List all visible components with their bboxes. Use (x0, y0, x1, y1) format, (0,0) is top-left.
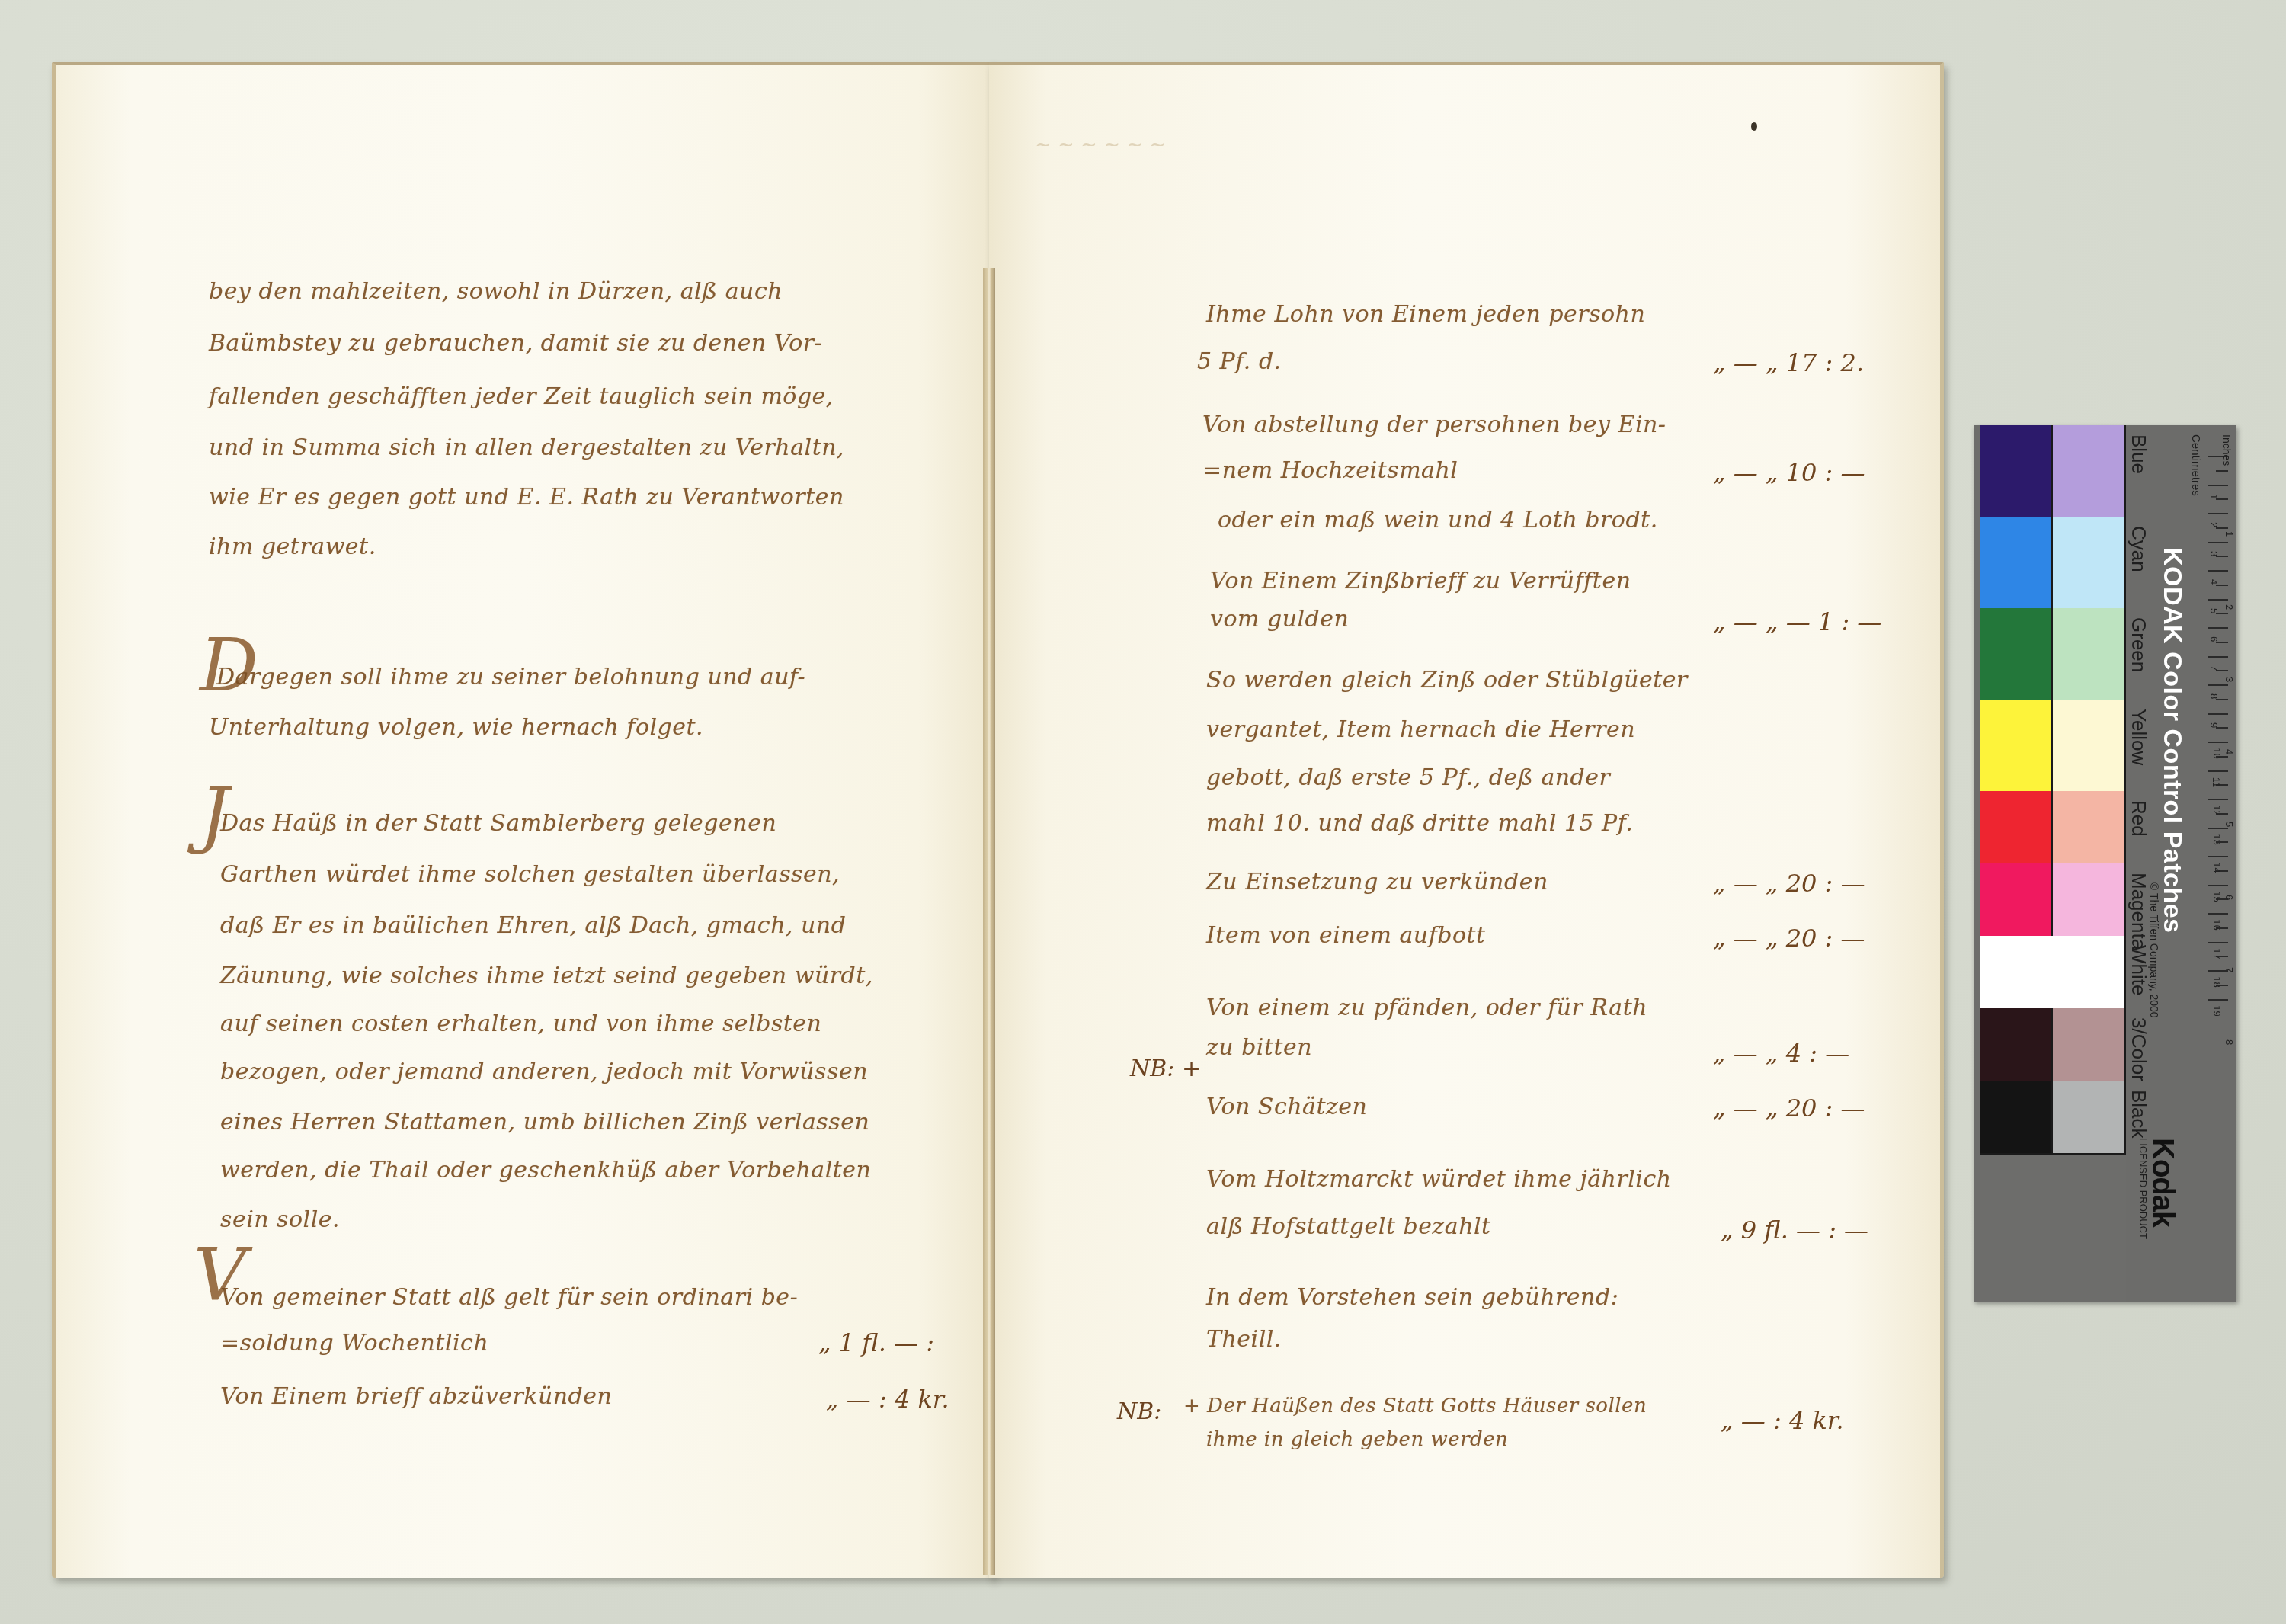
text-line: Von gemeiner Statt alß gelt für sein ord… (220, 1284, 798, 1311)
text-line: auf seinen costen erhalten, und von ihme… (220, 1011, 821, 1037)
right-ledger-entry: + Der Haüßen des Statt Gotts Häuser soll… (1183, 1395, 1808, 1478)
patch-swatch-light (2053, 700, 2126, 791)
cm-tick-label: 6 (2208, 636, 2220, 642)
text-line: Baümbstey zu gebrauchen, damit sie zu de… (209, 330, 822, 357)
color-patch-cyan (1980, 517, 2126, 610)
centimetres-label: Centimetres (2189, 434, 2202, 496)
cm-tick-label: 8 (2208, 693, 2220, 699)
text-line: Zu Einsetzung zu verkünden (1206, 869, 1548, 895)
text-line: Von Einem Zinßbrieff zu Verrüfften (1210, 568, 1631, 594)
color-patch-black (1980, 1081, 2126, 1155)
ledger-amount: „ — : 4 kr. (826, 1385, 949, 1414)
patch-label: Blue (2127, 434, 2150, 474)
patch-swatch-dark (1980, 517, 2053, 608)
patch-swatch-dark (1980, 791, 2053, 863)
cm-tick-label: 13 (2211, 834, 2223, 844)
text-line: Von Einem brieff abzüverkünden (220, 1383, 612, 1410)
inch-tick-label: 8 (2224, 1039, 2235, 1045)
kodak-color-control-strip: 1234567891011121314151617181912345678 In… (1974, 425, 2236, 1302)
ledger-amount: „ 9 fl. — : — (1721, 1216, 1868, 1244)
text-line: Unterhaltung volgen, wie hernach folget. (209, 714, 703, 741)
cm-tick-label: 4 (2208, 579, 2220, 585)
patch-label: Yellow (2127, 709, 2150, 765)
text-line: sein solle. (220, 1206, 340, 1233)
ledger-amount: „ — „ 20 : — (1713, 924, 1865, 953)
ruler-strip: 1234567891011121314151617181912345678 In… (2126, 425, 2236, 1302)
patch-swatch-dark (1980, 863, 2053, 936)
text-line: Theill. (1206, 1326, 1282, 1353)
text-line: Garthen würdet ihme solchen gestalten üb… (220, 861, 840, 888)
text-line: Zäunung, wie solches ihme ietzt seind ge… (220, 963, 873, 989)
ruler-tick (2208, 999, 2228, 1001)
left-paragraph-behausung: Das Haüß in der Statt Samblerberg gelege… (220, 810, 982, 1237)
text-line: Vom Holtzmarckt würdet ihme jährlich (1206, 1166, 1672, 1193)
right-ledger-entry: oder ein maß wein und 4 Loth brodt. (1218, 507, 1827, 553)
ruler-tick (2208, 513, 2228, 514)
text-line: Von abstellung der persohnen bey Ein- (1202, 412, 1666, 438)
text-line: Das Haüß in der Statt Samblerberg gelege… (220, 810, 776, 837)
ruler-tick (2208, 656, 2228, 658)
left-paragraph-dargegen: Dargegen soll ihme zu seiner belohnung u… (216, 664, 978, 770)
patch-swatch-dark (1980, 700, 2053, 791)
ruler-tick (2208, 599, 2228, 601)
ruler-tick (2208, 828, 2228, 829)
cm-tick-label: 18 (2211, 976, 2223, 987)
cm-tick-label: 14 (2211, 862, 2223, 873)
right-page: ~ ~ ~ ~ ~ ~ Ihme Lohn von Einem jeden pe… (989, 62, 1944, 1578)
patch-label: Red (2127, 800, 2150, 837)
ledger-amount: „ — „ — 1 : — (1713, 607, 1881, 636)
text-line: eines Herren Stattamen, umb billichen Zi… (220, 1109, 869, 1136)
text-line: Von einem zu pfänden, oder für Rath (1206, 995, 1647, 1021)
text-line: ihme in gleich geben werden (1206, 1428, 1508, 1451)
patch-swatch-light (2053, 517, 2126, 608)
ruler-tick (2208, 742, 2228, 743)
inch-tick-label: 5 (2224, 822, 2235, 827)
color-patch-blue (1980, 425, 2126, 518)
kodak-logo: Kodak (2145, 1138, 2179, 1227)
ruler-tick (2216, 470, 2228, 472)
ledger-amount: „ — „ 17 : 2. (1713, 348, 1864, 377)
patch-swatch-dark (1980, 1081, 2053, 1153)
ruler-tick (2208, 713, 2228, 715)
ruler-tick (2208, 542, 2228, 543)
color-patch-magenta (1980, 863, 2126, 937)
patch-label: Black (2127, 1090, 2150, 1139)
cm-tick-label: 19 (2211, 1005, 2223, 1016)
cm-tick-label: 5 (2208, 607, 2220, 613)
patch-swatch-dark (1980, 608, 2053, 700)
text-line: mahl 10. und daß dritte mahl 15 Pf. (1206, 810, 1633, 837)
patch-swatch-dark (1980, 1008, 2053, 1081)
ruler-tick (2208, 913, 2228, 915)
cm-tick-label: 3 (2208, 550, 2220, 556)
text-line: werden, die Thail oder geschenkhüß aber … (220, 1157, 871, 1184)
text-line: zu bitten (1206, 1034, 1312, 1061)
patch-swatch-light (2053, 425, 2126, 517)
patch-swatch-light (2053, 1008, 2126, 1081)
ledger-amount: „ — „ 20 : — (1713, 1094, 1865, 1123)
ink-bleed-through: ~ ~ ~ ~ ~ ~ (1035, 133, 1166, 156)
patch-swatch (1980, 936, 2126, 1008)
ruler-tick (2208, 799, 2228, 800)
cm-tick-label: 1 (2208, 493, 2220, 498)
color-patch-green (1980, 608, 2126, 701)
patch-swatch-light (2053, 863, 2126, 936)
ruler-tick (2208, 885, 2228, 886)
text-line: So werden gleich Zinß oder Stüblgüeter (1206, 667, 1688, 693)
text-line: + Der Haüßen des Statt Gotts Häuser soll… (1183, 1395, 1647, 1417)
patch-swatch-light (2053, 1081, 2126, 1153)
color-patch-white (1980, 936, 2126, 1010)
margin-note-nb: NB: (1117, 1398, 1161, 1425)
paper-speck (1751, 122, 1757, 131)
text-line: Ihme Lohn von Einem jeden persohn (1206, 301, 1645, 328)
ledger-amount: „ — „ 10 : — (1713, 458, 1865, 487)
inch-tick-label: 2 (2224, 604, 2235, 609)
ruler-tick (2208, 684, 2228, 686)
ruler-tick (2208, 856, 2228, 857)
book-spine-fold (983, 268, 995, 1575)
text-line: daß Er es in baülichen Ehren, alß Dach, … (220, 912, 846, 939)
text-line: In dem Vorstehen sein gebührend: (1206, 1284, 1618, 1311)
patch-swatch-light (2053, 791, 2126, 863)
cm-tick-label: 12 (2211, 805, 2223, 815)
text-line: gebott, daß erste 5 Pf., deß ander (1206, 764, 1610, 791)
text-line: vergantet, Item hernach die Herren (1206, 716, 1635, 743)
cm-tick-label: 10 (2211, 748, 2223, 758)
patch-label: Magenta (2127, 873, 2150, 950)
patch-label: 3/Color (2127, 1017, 2150, 1081)
text-line: Item von einem aufbott (1206, 922, 1486, 949)
color-patch-red (1980, 791, 2126, 865)
right-ledger-entry: So werden gleich Zinß oder Stüblgüeter v… (1206, 667, 1831, 865)
inch-tick-label: 3 (2224, 677, 2235, 682)
text-line: =soldung Wochentlich (220, 1330, 488, 1357)
text-line: alß Hofstattgelt bezahlt (1206, 1213, 1491, 1240)
text-line: bey den mahlzeiten, sowohl in Dürzen, al… (209, 278, 783, 305)
ruler-tick (2208, 627, 2228, 629)
inch-tick-label: 7 (2224, 967, 2235, 972)
licensed-product-text: LICENSED PRODUCT (2137, 1138, 2149, 1239)
color-patch-yellow (1980, 700, 2126, 793)
ruler-tick (2208, 770, 2228, 772)
cm-tick-label: 15 (2211, 891, 2223, 902)
text-line: oder ein maß wein und 4 Loth brodt. (1218, 507, 1658, 533)
margin-note-nb: NB: + (1130, 1055, 1201, 1082)
right-ledger-entry: In dem Vorstehen sein gebührend: Theill. (1206, 1284, 1816, 1368)
cm-tick-label: 9 (2208, 722, 2220, 727)
patch-swatch-light (2053, 608, 2126, 700)
left-ledger-entry-brieff: Von Einem brieff abzüverkünden (220, 1383, 906, 1429)
left-paragraph-continuation: bey den mahlzeiten, sowohl in Dürzen, al… (209, 278, 986, 598)
chart-title: KODAK Color Control Patches (2157, 547, 2187, 934)
text-line: und in Summa sich in allen dergestalten … (209, 434, 844, 461)
text-line: Dargegen soll ihme zu seiner belohnung u… (216, 664, 805, 690)
text-line: vom gulden (1210, 606, 1349, 633)
patch-label: Green (2127, 617, 2150, 672)
patch-label: White (2127, 945, 2150, 995)
cm-tick-label: 11 (2211, 777, 2222, 787)
inch-tick-label: 6 (2224, 894, 2235, 899)
cm-tick-label: 2 (2208, 522, 2220, 527)
manuscript-spread: bey den mahlzeiten, sowohl in Dürzen, al… (52, 62, 1940, 1575)
cm-tick-label: 16 (2211, 919, 2223, 930)
text-line: ihm getrawet. (209, 533, 376, 560)
inches-label: Inches (2220, 434, 2233, 466)
color-patch-3-color (1980, 1008, 2126, 1082)
patch-swatch-dark (1980, 425, 2053, 517)
ruler-tick (2208, 942, 2228, 943)
text-line: bezogen, oder jemand anderen, jedoch mit… (220, 1059, 868, 1085)
patch-label: Cyan (2127, 526, 2150, 572)
text-line: fallenden geschäfften jeder Zeit tauglic… (209, 383, 834, 410)
cm-tick-label: 7 (2208, 665, 2220, 670)
inch-tick-label: 1 (2224, 531, 2235, 537)
text-line: Von Schätzen (1206, 1094, 1367, 1120)
color-patches (1980, 425, 2126, 1294)
ledger-amount: „ — „ 20 : — (1713, 869, 1865, 898)
ledger-amount: „ — : 4 kr. (1721, 1406, 1844, 1435)
inch-tick-label: 4 (2224, 749, 2235, 754)
text-line: 5 Pf. d. (1197, 348, 1282, 375)
ruler-tick (2208, 570, 2228, 572)
left-page: bey den mahlzeiten, sowohl in Dürzen, al… (52, 62, 994, 1578)
cm-tick-label: 17 (2211, 948, 2223, 959)
text-line: wie Er es gegen gott und E. E. Rath zu V… (209, 484, 844, 511)
ledger-amount: „ 1 fl. — : (818, 1328, 934, 1357)
ruler-tick (2208, 485, 2228, 486)
ledger-amount: „ — „ 4 : — (1713, 1039, 1849, 1068)
text-line: =nem Hochzeitsmahl (1202, 457, 1458, 484)
